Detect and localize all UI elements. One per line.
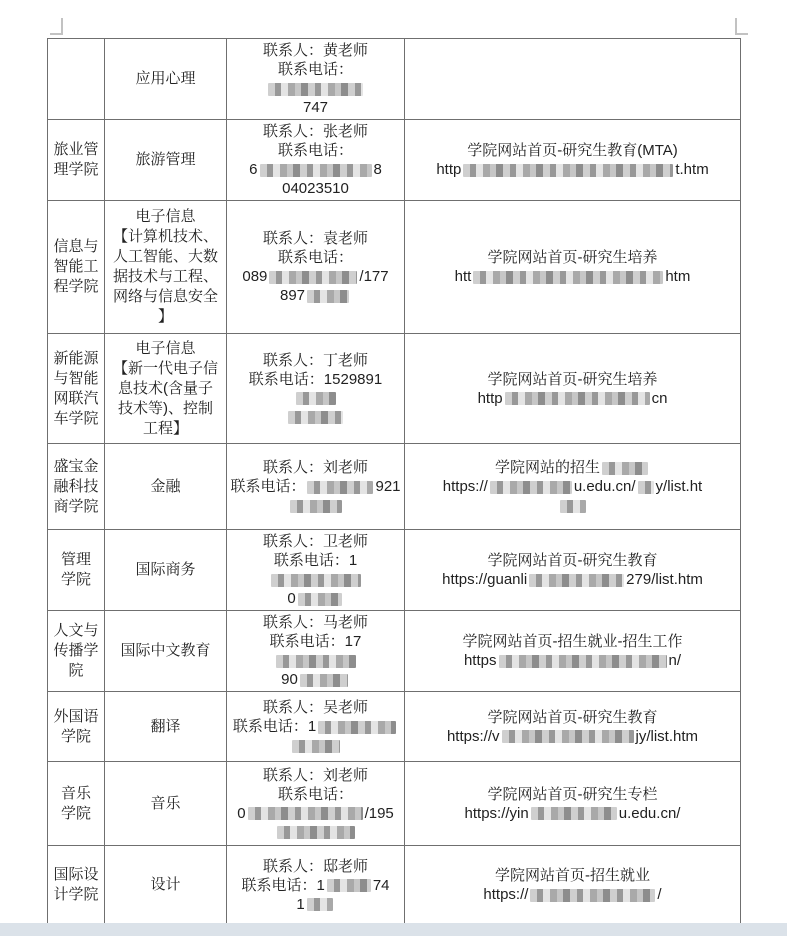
program-name: 翻译 xyxy=(150,717,180,737)
contact-text: 0 xyxy=(287,590,295,607)
website-text: 学院网站首页-招生就业 xyxy=(495,867,650,884)
program-name: 音乐 xyxy=(150,794,180,814)
contact-text: 联系电话： xyxy=(278,61,353,78)
redaction-blur xyxy=(638,481,654,494)
table-row: 音乐 学院音乐联系人：刘老师联系电话：0/195学院网站首页-研究生专栏http… xyxy=(48,762,741,846)
program-cell: 音乐 xyxy=(105,762,227,846)
website-text: 学院网站首页-研究生培养 xyxy=(488,249,658,266)
website-line: 学院网站首页-研究生教育(MTA) xyxy=(408,141,737,160)
page-bottom-edge xyxy=(0,923,787,936)
contact-line: 联系电话： xyxy=(230,141,401,160)
contact-cell: 联系人：邸老师联系电话：1741 xyxy=(227,846,405,925)
program-cell: 国际商务 xyxy=(105,530,227,611)
contact-cell: 联系人：刘老师联系电话：0/195 xyxy=(227,762,405,846)
redaction-blur xyxy=(260,164,372,177)
contact-line: 747 xyxy=(230,98,401,117)
contact-cell: 联系人：刘老师联系电话：921 xyxy=(227,444,405,530)
website-text: 学院网站首页-研究生教育 xyxy=(488,552,658,569)
contact-cell: 联系人：黄老师联系电话：747 xyxy=(227,39,405,120)
college-name: 盛宝金 融科技 商学院 xyxy=(53,457,98,517)
college-name: 新能源 与智能 网联汽 车学院 xyxy=(53,349,98,429)
website-line: 学院网站首页-研究生教育 xyxy=(408,551,737,570)
website-line: httpcn xyxy=(408,389,737,408)
contact-line: 联系人：刘老师 xyxy=(230,458,401,477)
website-cell: 学院网站首页-研究生专栏https://yinu.edu.cn/ xyxy=(405,762,741,846)
website-line: https://u.edu.cn/y/list.ht xyxy=(408,477,737,496)
website-cell: 学院网站首页-招生就业-招生工作httpsn/ xyxy=(405,611,741,692)
website-line: 学院网站首页-研究生培养 xyxy=(408,248,737,267)
contact-line: 联系人：邸老师 xyxy=(230,857,401,876)
contact-line xyxy=(230,496,401,515)
website-text: 279/list.htm xyxy=(626,571,703,588)
contact-text: 联系电话： xyxy=(278,249,353,266)
contact-text: 04023510 xyxy=(282,180,349,197)
contact-text: 联系人：马老师 xyxy=(263,614,368,631)
contact-text: 联系人：张老师 xyxy=(263,123,368,140)
contact-line: 0 xyxy=(230,589,401,608)
redaction-blur xyxy=(269,271,357,284)
page-margin-mark-left xyxy=(50,18,63,35)
website-line: 学院网站首页-招生就业-招生工作 xyxy=(408,632,737,651)
college-cell: 管理 学院 xyxy=(48,530,105,611)
website-line xyxy=(408,496,737,515)
contact-line: 联系电话：1 xyxy=(230,717,401,736)
contact-line: 04023510 xyxy=(230,179,401,198)
redaction-blur xyxy=(318,721,396,734)
redaction-blur xyxy=(531,807,617,820)
contact-line xyxy=(230,823,401,842)
redaction-blur xyxy=(502,730,634,743)
program-cell: 应用心理 xyxy=(105,39,227,120)
website-text: 学院网站首页-研究生教育 xyxy=(488,709,658,726)
program-cell: 国际中文教育 xyxy=(105,611,227,692)
table-row: 外国语 学院翻译联系人：吴老师联系电话：1学院网站首页-研究生教育https:/… xyxy=(48,692,741,762)
college-cell: 盛宝金 融科技 商学院 xyxy=(48,444,105,530)
program-name: 电子信息 【新一代电子信 息技术(含量子 技术等)、控制 工程】 xyxy=(113,339,218,439)
contact-text: 联系人：刘老师 xyxy=(263,767,368,784)
website-cell: 学院网站首页-研究生培养httpcn xyxy=(405,334,741,444)
college-name: 外国语 学院 xyxy=(53,707,98,747)
table-row: 旅业管 理学院旅游管理联系人：张老师联系电话：6804023510学院网站首页-… xyxy=(48,120,741,201)
redaction-blur xyxy=(529,574,624,587)
contact-text: 联系电话：1529891 xyxy=(249,371,382,388)
program-cell: 翻译 xyxy=(105,692,227,762)
program-cell: 设计 xyxy=(105,846,227,925)
program-cell: 旅游管理 xyxy=(105,120,227,201)
contact-line: 联系电话： xyxy=(230,60,401,98)
contact-text: 1 xyxy=(296,896,304,913)
contact-line: 1 xyxy=(230,895,401,914)
website-text: y/list.ht xyxy=(656,478,703,495)
contact-line: 68 xyxy=(230,160,401,179)
contact-line: 089/177 xyxy=(230,267,401,286)
college-cell: 外国语 学院 xyxy=(48,692,105,762)
contact-text: /177 xyxy=(359,268,388,285)
contact-cell: 联系人：吴老师联系电话：1 xyxy=(227,692,405,762)
redaction-blur xyxy=(307,481,373,494)
college-cell: 人文与 传播学 院 xyxy=(48,611,105,692)
contact-text: 联系电话： xyxy=(278,142,353,159)
college-cell: 国际设 计学院 xyxy=(48,846,105,925)
contact-line: 0/195 xyxy=(230,804,401,823)
contact-line: 联系电话：1 xyxy=(230,551,401,589)
program-cell: 电子信息 【新一代电子信 息技术(含量子 技术等)、控制 工程】 xyxy=(105,334,227,444)
website-text: https xyxy=(464,652,497,669)
website-text: jy/list.htm xyxy=(636,728,699,745)
redaction-blur xyxy=(290,500,342,513)
website-cell: 学院网站首页-研究生培养htthtm xyxy=(405,201,741,334)
contact-text: 8 xyxy=(374,161,382,178)
college-name: 人文与 传播学 院 xyxy=(53,621,98,681)
contact-text: 联系人：卫老师 xyxy=(263,533,368,550)
college-cell: 新能源 与智能 网联汽 车学院 xyxy=(48,334,105,444)
redaction-blur xyxy=(298,593,342,606)
website-cell: 学院网站首页-研究生教育https://guanli279/list.htm xyxy=(405,530,741,611)
website-line: htthtm xyxy=(408,267,737,286)
contact-cell: 联系人：马老师联系电话：1790 xyxy=(227,611,405,692)
website-text: t.htm xyxy=(675,161,708,178)
contact-line: 联系电话： xyxy=(230,248,401,267)
contact-text: 联系人：黄老师 xyxy=(263,42,368,59)
contact-text: 0 xyxy=(237,805,245,822)
contact-line: 联系人：卫老师 xyxy=(230,532,401,551)
program-name: 旅游管理 xyxy=(135,150,195,170)
redaction-blur xyxy=(307,898,333,911)
website-cell: 学院网站的招生https://u.edu.cn/y/list.ht xyxy=(405,444,741,530)
contact-text: 联系电话：1 xyxy=(274,552,357,569)
redaction-blur xyxy=(560,500,586,513)
college-name: 信息与 智能工 程学院 xyxy=(53,237,98,297)
contact-text: 联系电话：1 xyxy=(233,718,316,735)
redaction-blur xyxy=(288,411,343,424)
program-name: 金融 xyxy=(150,477,180,497)
redaction-blur xyxy=(602,462,648,475)
contact-line xyxy=(230,408,401,427)
website-text: https:// xyxy=(443,478,488,495)
table-row: 盛宝金 融科技 商学院金融联系人：刘老师联系电话：921学院网站的招生https… xyxy=(48,444,741,530)
website-line: https://yinu.edu.cn/ xyxy=(408,804,737,823)
website-text: n/ xyxy=(669,652,682,669)
redaction-blur xyxy=(268,83,363,96)
contact-text: 联系人：丁老师 xyxy=(263,352,368,369)
contact-text: 联系人：邸老师 xyxy=(263,858,368,875)
table-row: 应用心理联系人：黄老师联系电话：747 xyxy=(48,39,741,120)
website-text: 学院网站首页-研究生专栏 xyxy=(488,786,658,803)
redaction-blur xyxy=(473,271,663,284)
contact-line: 90 xyxy=(230,670,401,689)
contact-text: 921 xyxy=(375,478,400,495)
website-text: https://guanli xyxy=(442,571,527,588)
contact-line: 联系人：吴老师 xyxy=(230,698,401,717)
table-row: 信息与 智能工 程学院电子信息 【计算机技术、 人工智能、大数 据技术与工程、 … xyxy=(48,201,741,334)
redaction-blur xyxy=(296,392,336,405)
table-row: 国际设 计学院设计联系人：邸老师联系电话：1741学院网站首页-招生就业http… xyxy=(48,846,741,925)
contact-line: 联系人：张老师 xyxy=(230,122,401,141)
table-row: 管理 学院国际商务联系人：卫老师联系电话：10学院网站首页-研究生教育https… xyxy=(48,530,741,611)
college-cell: 旅业管 理学院 xyxy=(48,120,105,201)
website-line: 学院网站首页-招生就业 xyxy=(408,866,737,885)
college-cell: 音乐 学院 xyxy=(48,762,105,846)
website-text: http xyxy=(436,161,461,178)
contact-line: 联系电话： xyxy=(230,785,401,804)
contact-line: 联系电话：921 xyxy=(230,477,401,496)
website-text: http xyxy=(478,390,503,407)
program-name: 国际中文教育 xyxy=(120,641,210,661)
college-cell xyxy=(48,39,105,120)
redaction-blur xyxy=(292,740,340,753)
website-text: htm xyxy=(665,268,690,285)
redaction-blur xyxy=(277,826,355,839)
contact-text: 90 xyxy=(281,671,298,688)
contact-line xyxy=(230,736,401,755)
contact-text: 联系电话： xyxy=(278,786,353,803)
contact-line: 联系电话：174 xyxy=(230,876,401,895)
redaction-blur xyxy=(276,655,356,668)
website-cell: 学院网站首页-研究生教育(MTA)httpt.htm xyxy=(405,120,741,201)
program-name: 国际商务 xyxy=(135,560,195,580)
website-text: https://yin xyxy=(465,805,529,822)
contact-cell: 联系人：卫老师联系电话：10 xyxy=(227,530,405,611)
program-cell: 电子信息 【计算机技术、 人工智能、大数 据技术与工程、 网络与信息安全 】 xyxy=(105,201,227,334)
website-line: https://guanli279/list.htm xyxy=(408,570,737,589)
redaction-blur xyxy=(499,655,667,668)
website-line: https:/// xyxy=(408,885,737,904)
contact-text: 联系人：吴老师 xyxy=(263,699,368,716)
contact-text: 6 xyxy=(249,161,257,178)
contact-text: 联系人：刘老师 xyxy=(263,459,368,476)
website-line: 学院网站首页-研究生培养 xyxy=(408,370,737,389)
redaction-blur xyxy=(248,807,363,820)
website-text: https://v xyxy=(447,728,500,745)
website-line: 学院网站首页-研究生教育 xyxy=(408,708,737,727)
document-page: 应用心理联系人：黄老师联系电话：747旅业管 理学院旅游管理联系人：张老师联系电… xyxy=(0,0,787,936)
contact-text: /195 xyxy=(365,805,394,822)
redaction-blur xyxy=(327,879,371,892)
contact-cell: 联系人：丁老师联系电话：1529891 xyxy=(227,334,405,444)
website-cell: 学院网站首页-研究生教育https://vjy/list.htm xyxy=(405,692,741,762)
college-name: 旅业管 理学院 xyxy=(53,140,98,180)
college-name: 管理 学院 xyxy=(61,550,91,590)
website-text: 学院网站首页-研究生培养 xyxy=(488,371,658,388)
contact-table: 应用心理联系人：黄老师联系电话：747旅业管 理学院旅游管理联系人：张老师联系电… xyxy=(47,38,741,925)
college-name: 国际设 计学院 xyxy=(53,865,98,905)
page-margin-mark-right xyxy=(735,18,748,35)
contact-line: 联系人：袁老师 xyxy=(230,229,401,248)
website-text: u.edu.cn/ xyxy=(574,478,636,495)
contact-text: 联系人：袁老师 xyxy=(263,230,368,247)
contact-text: 089 xyxy=(242,268,267,285)
contact-line: 联系电话：1529891 xyxy=(230,370,401,408)
website-line: 学院网站的招生 xyxy=(408,458,737,477)
website-line: httpsn/ xyxy=(408,651,737,670)
table-row: 新能源 与智能 网联汽 车学院电子信息 【新一代电子信 息技术(含量子 技术等)… xyxy=(48,334,741,444)
contact-text: 联系电话：1 xyxy=(241,877,324,894)
contact-text: 74 xyxy=(373,877,390,894)
contact-line: 897 xyxy=(230,286,401,305)
contact-line: 联系人：刘老师 xyxy=(230,766,401,785)
college-name: 音乐 学院 xyxy=(61,784,91,824)
program-name: 应用心理 xyxy=(135,69,195,89)
redaction-blur xyxy=(307,290,349,303)
website-line: httpt.htm xyxy=(408,160,737,179)
website-line: https://vjy/list.htm xyxy=(408,727,737,746)
website-cell: 学院网站首页-招生就业https:/// xyxy=(405,846,741,925)
redaction-blur xyxy=(505,392,650,405)
contact-cell: 联系人：张老师联系电话：6804023510 xyxy=(227,120,405,201)
website-text: cn xyxy=(652,390,668,407)
contact-text: 897 xyxy=(280,287,305,304)
contact-line: 联系人：黄老师 xyxy=(230,41,401,60)
website-text: 学院网站的招生 xyxy=(495,459,600,476)
contact-cell: 联系人：袁老师联系电话：089/177897 xyxy=(227,201,405,334)
contact-text: 联系电话：17 xyxy=(270,633,362,650)
contact-text: 联系电话： xyxy=(230,478,305,495)
contact-line: 联系人：丁老师 xyxy=(230,351,401,370)
website-cell xyxy=(405,39,741,120)
program-name: 电子信息 【计算机技术、 人工智能、大数 据技术与工程、 网络与信息安全 】 xyxy=(113,207,218,327)
website-text: u.edu.cn/ xyxy=(619,805,681,822)
contact-line: 联系人：马老师 xyxy=(230,613,401,632)
contact-text: 747 xyxy=(303,99,328,116)
redaction-blur xyxy=(490,481,572,494)
website-text: 学院网站首页-研究生教育(MTA) xyxy=(467,142,678,159)
website-line: 学院网站首页-研究生专栏 xyxy=(408,785,737,804)
website-text: 学院网站首页-招生就业-招生工作 xyxy=(463,633,683,650)
program-name: 设计 xyxy=(150,875,180,895)
website-text: / xyxy=(657,886,661,903)
redaction-blur xyxy=(300,674,348,687)
redaction-blur xyxy=(271,574,361,587)
redaction-blur xyxy=(530,889,655,902)
program-cell: 金融 xyxy=(105,444,227,530)
contact-line: 联系电话：17 xyxy=(230,632,401,670)
redaction-blur xyxy=(463,164,673,177)
table-row: 人文与 传播学 院国际中文教育联系人：马老师联系电话：1790学院网站首页-招生… xyxy=(48,611,741,692)
college-cell: 信息与 智能工 程学院 xyxy=(48,201,105,334)
website-text: https:// xyxy=(483,886,528,903)
website-text: htt xyxy=(455,268,472,285)
